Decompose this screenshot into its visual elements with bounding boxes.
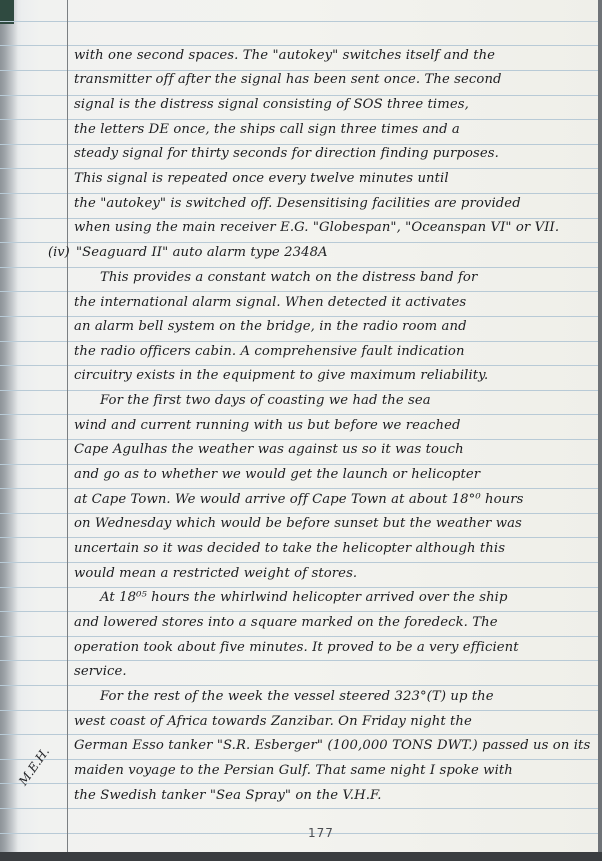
text-line: with one second spaces. The "autokey" sw… (74, 48, 594, 63)
rule-line (0, 267, 598, 268)
rule-line (0, 390, 598, 391)
text-line: the Swedish tanker "Sea Spray" on the V.… (74, 788, 594, 803)
text-line: For the rest of the week the vessel stee… (100, 689, 602, 704)
rule-line (0, 193, 598, 194)
notebook-page: with one second spaces. The "autokey" sw… (0, 0, 598, 852)
page-number: 177 (308, 826, 334, 840)
margin-initials: M.E.H. (16, 745, 52, 788)
text-line: at Cape Town. We would arrive off Cape T… (74, 492, 594, 507)
rule-line (0, 710, 598, 711)
rule-line (0, 414, 598, 415)
rule-line (0, 833, 598, 834)
text-line: This provides a constant watch on the di… (100, 270, 602, 285)
rule-line (0, 144, 598, 145)
page-edge (598, 0, 602, 861)
text-line: an alarm bell system on the bridge, in t… (74, 319, 594, 334)
rule-line (0, 365, 598, 366)
rule-line (0, 70, 598, 71)
rule-line (0, 242, 598, 243)
rule-line (0, 636, 598, 637)
rule-line (0, 660, 598, 661)
page-edge-bottom (0, 852, 602, 861)
rule-line (0, 734, 598, 735)
text-line: the radio officers cabin. A comprehensiv… (74, 344, 594, 359)
text-line: the "autokey" is switched off. Desensiti… (74, 196, 594, 211)
margin-line (67, 0, 68, 852)
text-line: west coast of Africa towards Zanzibar. O… (74, 714, 594, 729)
text-line: Cape Agulhas the weather was against us … (74, 442, 594, 457)
rule-line (0, 168, 598, 169)
text-line: the letters DE once, the ships call sign… (74, 122, 594, 137)
rule-line (0, 685, 598, 686)
text-line: steady signal for thirty seconds for dir… (74, 146, 594, 161)
text-line: maiden voyage to the Persian Gulf. That … (74, 763, 594, 778)
rule-line (0, 21, 598, 22)
list-item-marker: (iv) (48, 245, 70, 260)
text-line: At 18⁰⁵ hours the whirlwind helicopter a… (100, 590, 602, 605)
rule-line (0, 45, 598, 46)
rule-line (0, 611, 598, 612)
rule-line (0, 488, 598, 489)
binding-shadow (0, 0, 18, 852)
text-line: transmitter off after the signal has bee… (74, 72, 594, 87)
text-line: For the first two days of coasting we ha… (100, 393, 602, 408)
rule-line (0, 759, 598, 760)
text-line: wind and current running with us but bef… (74, 418, 594, 433)
rule-line (0, 341, 598, 342)
rule-line (0, 95, 598, 96)
rule-line (0, 537, 598, 538)
rule-line (0, 808, 598, 809)
text-line: uncertain so it was decided to take the … (74, 541, 594, 556)
rule-line (0, 316, 598, 317)
rule-line (0, 119, 598, 120)
text-line: circuitry exists in the equipment to giv… (74, 368, 594, 383)
text-line: German Esso tanker "S.R. Esberger" (100,… (74, 738, 594, 753)
text-line: the international alarm signal. When det… (74, 295, 594, 310)
text-line: and lowered stores into a square marked … (74, 615, 594, 630)
text-line: signal is the distress signal consisting… (74, 97, 594, 112)
rule-line (0, 218, 598, 219)
rule-line (0, 464, 598, 465)
rule-line (0, 587, 598, 588)
text-line: and go as to whether we would get the la… (74, 467, 594, 482)
text-line: operation took about five minutes. It pr… (74, 640, 594, 655)
rule-line (0, 562, 598, 563)
rule-line (0, 783, 598, 784)
rule-line (0, 513, 598, 514)
text-line: This signal is repeated once every twelv… (74, 171, 594, 186)
text-line: service. (74, 664, 594, 679)
text-line: when using the main receiver E.G. "Globe… (74, 220, 594, 235)
rule-line (0, 439, 598, 440)
text-line: "Seaguard II" auto alarm type 2348A (76, 245, 596, 260)
text-line: would mean a restricted weight of stores… (74, 566, 594, 581)
rule-line (0, 291, 598, 292)
text-line: on Wednesday which would be before sunse… (74, 516, 594, 531)
